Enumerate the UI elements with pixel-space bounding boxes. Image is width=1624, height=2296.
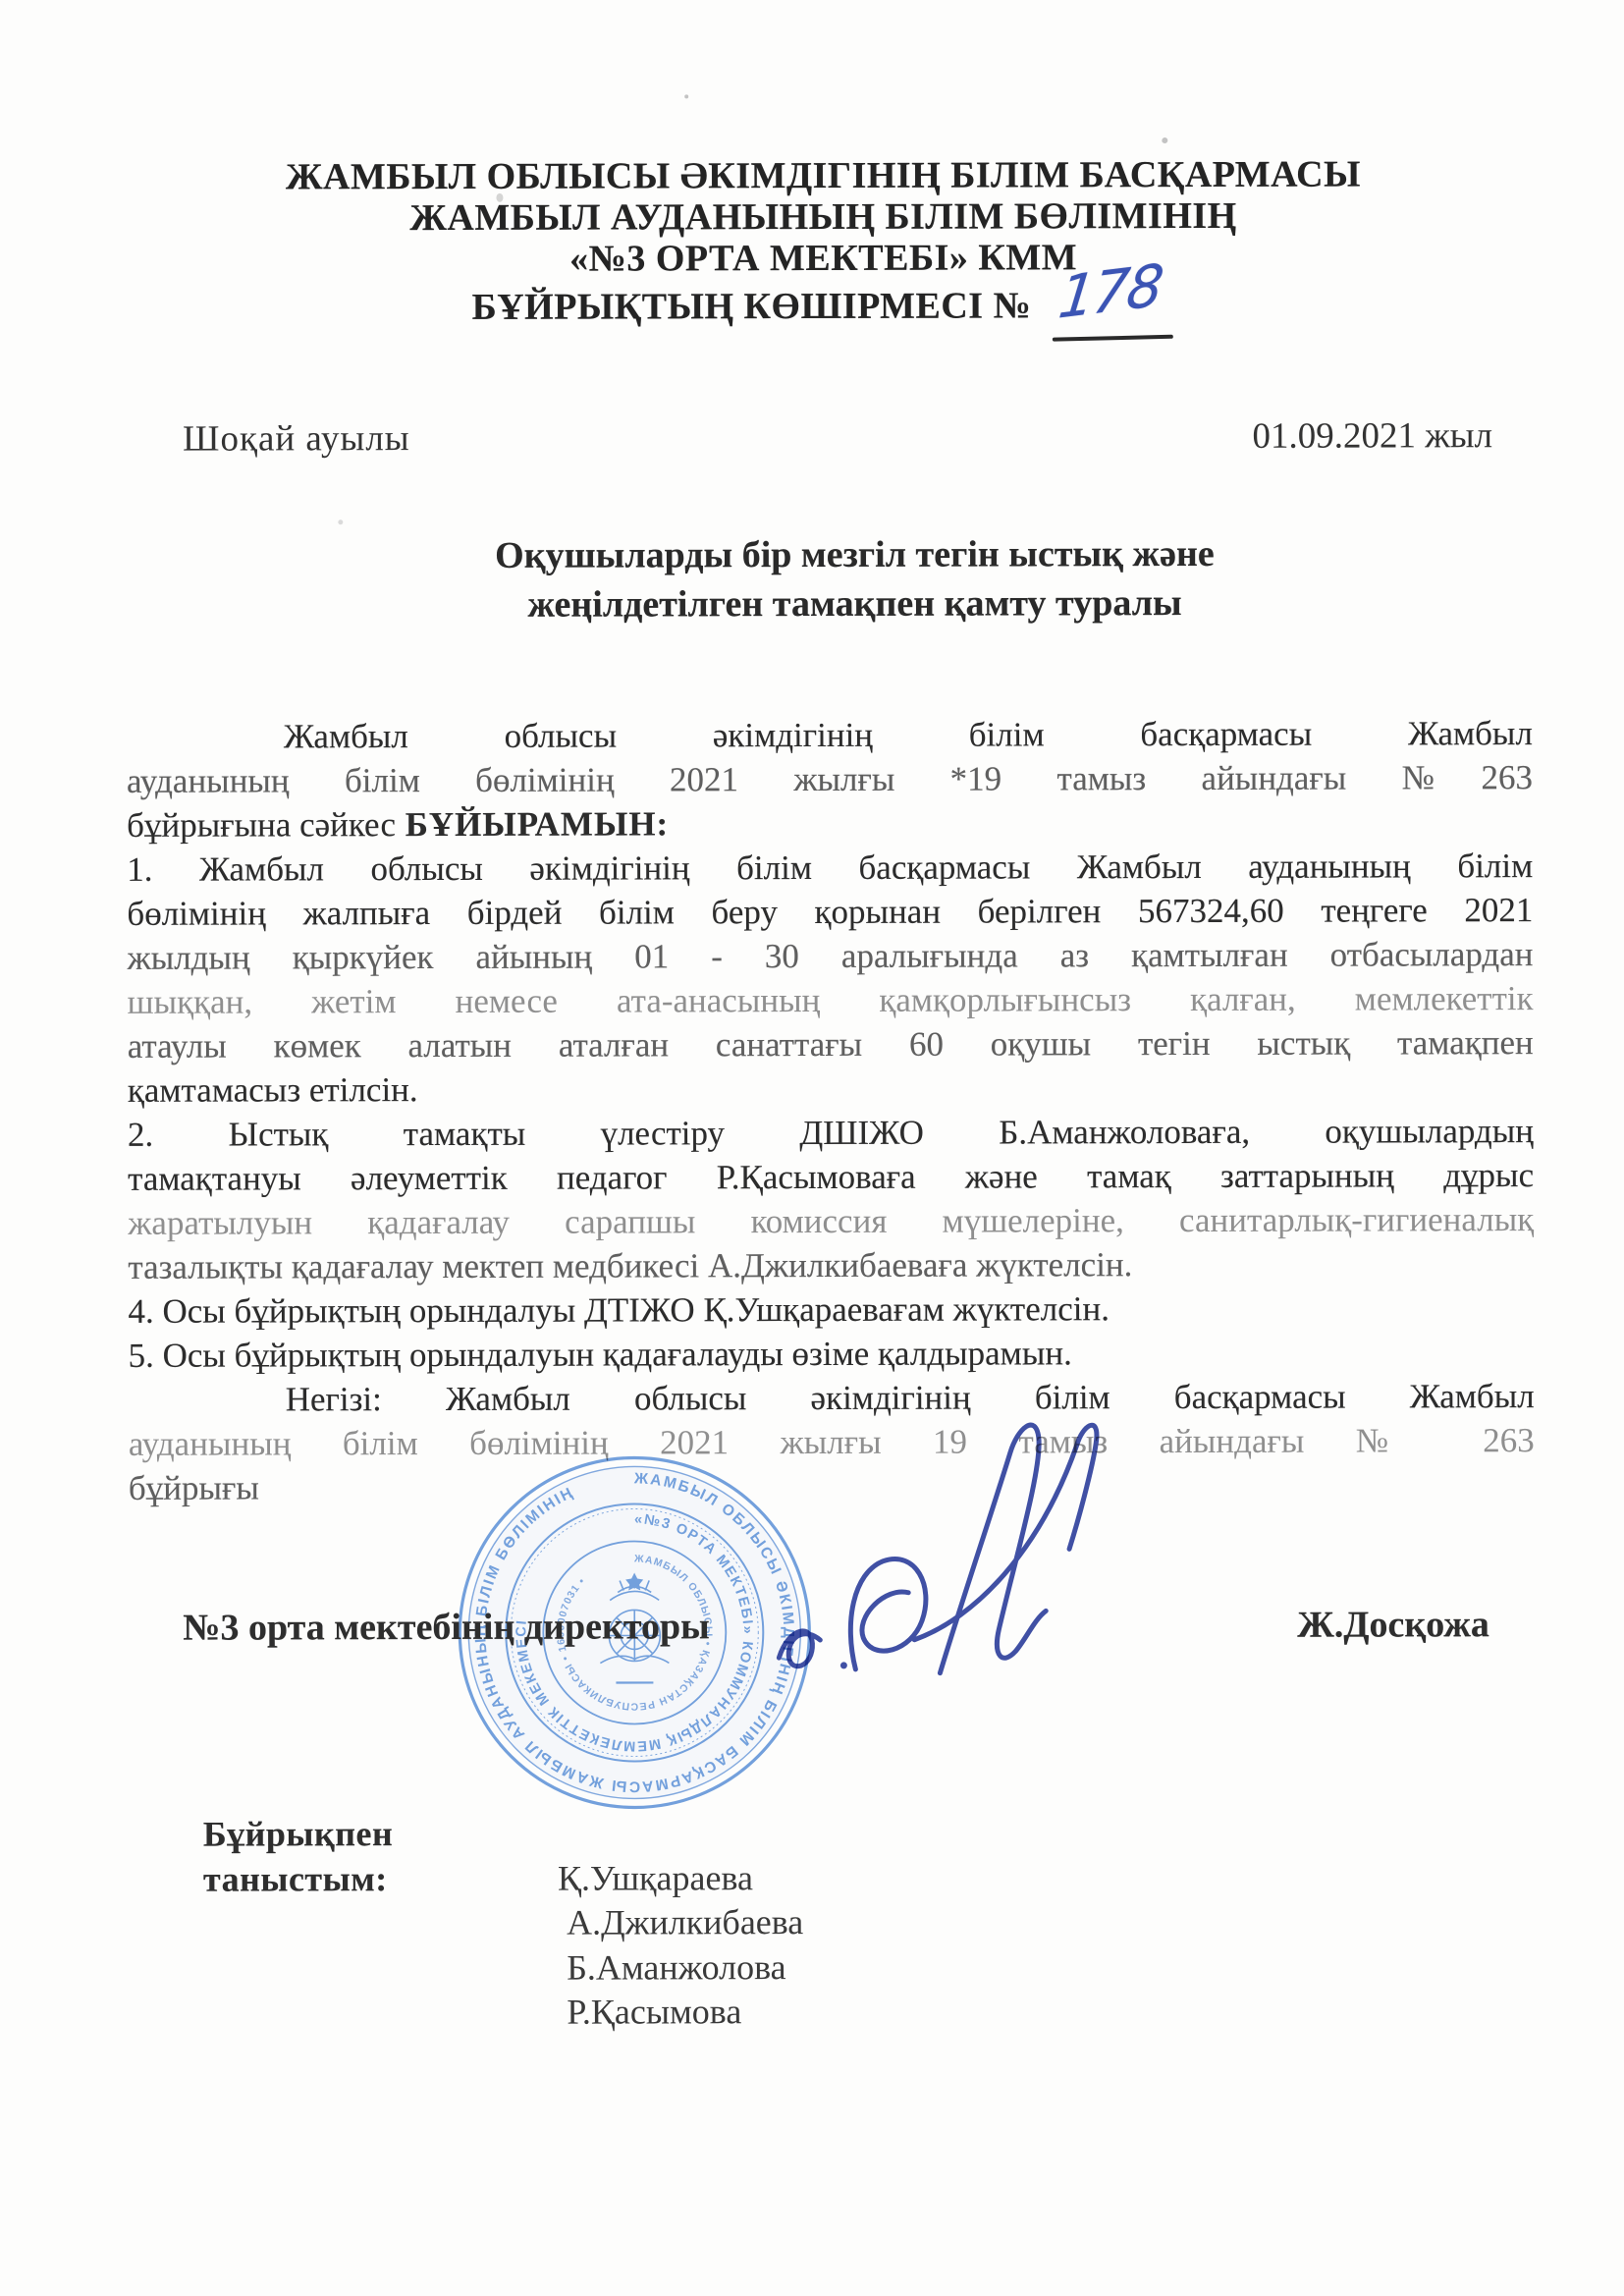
order-title-line-2: жеңілдетілген тамақпен қамту туралы	[86, 577, 1622, 630]
scanned-order-document: ЖАМБЫЛ ОБЛЫСЫ ӘКІМДІГІНІҢ БІЛІМ БАСҚАРМА…	[0, 0, 1624, 2296]
text-line: бұйрығына сәйкес БҰЙЫРАМЫН:	[127, 799, 1533, 847]
document-date: 01.09.2021 жыл	[1252, 414, 1492, 458]
acknowledged-name-2: А.Джилкибаева	[567, 1900, 803, 1945]
text-line: шыққан, жетім немесе ата-анасының қамқор…	[128, 976, 1534, 1024]
text-line: 4. Осы бұйрықтың орындалуы ДТІЖО Қ.Ушқар…	[128, 1285, 1534, 1334]
text-line: 1. Жамбыл облысы әкімдігінің білім басқа…	[127, 844, 1533, 892]
order-title: Оқушыларды бір мезгіл тегін ыстық және ж…	[86, 528, 1622, 630]
text-line: 2. Ыстық тамақты үлестіру ДШІЖО Б.Аманжо…	[128, 1109, 1534, 1157]
order-body: Жамбыл облысы әкімдігінің білім басқарма…	[127, 711, 1535, 1510]
scan-speck	[684, 94, 688, 98]
text-line: 5. Осы бұйрықтың орындалуын қадағалауды …	[128, 1330, 1534, 1378]
text-line: Жамбыл облысы әкімдігінің білім басқарма…	[127, 711, 1533, 759]
header-order-copy-line: БҰЙРЫҚТЫҢ КӨШІРМЕСІ № 178	[12, 277, 1624, 329]
scan-speck	[338, 519, 343, 524]
order-title-line-1: Оқушыларды бір мезгіл тегін ыстық және	[86, 528, 1622, 581]
director-name: Ж.Досқожа	[1297, 1603, 1489, 1647]
order-copy-label: БҰЙРЫҚТЫҢ КӨШІРМЕСІ №	[471, 285, 1031, 327]
order-item-2: 2. Ыстық тамақты үлестіру ДШІЖО Б.Аманжо…	[128, 1109, 1534, 1289]
text-line: жаратылуын қадағалау сарапшы комиссия мү…	[128, 1197, 1534, 1245]
acknowledgment-row: Б.Аманжолова	[203, 1945, 803, 1992]
acknowledgment-row: Бұйрықпен таныстым: Қ.Ушқараева	[203, 1811, 803, 1902]
acknowledgment-label: Бұйрықпен таныстым:	[203, 1812, 549, 1902]
text-line: ауданының білім бөлімінің 2021 жылғы *19…	[127, 755, 1533, 803]
order-item-4: 4. Осы бұйрықтың орындалуы ДТІЖО Қ.Ушқар…	[128, 1285, 1534, 1334]
acknowledgment-row: Р.Қасымова	[203, 1990, 803, 2036]
order-number-wrap: 178	[1041, 278, 1175, 326]
order-intro-paragraph: Жамбыл облысы әкімдігінің білім басқарма…	[127, 711, 1533, 847]
place-date-row: Шоқай ауылы 01.09.2021 жыл	[183, 414, 1492, 460]
header-org-line-2: ЖАМБЫЛ АУДАНЫНЫҢ БІЛІМ БӨЛІМІНІҢ	[11, 194, 1624, 240]
order-number-underline	[1053, 335, 1173, 342]
acknowledged-name-4: Р.Қасымова	[567, 1990, 741, 2035]
acknowledged-name-1: Қ.Ушқараева	[558, 1856, 753, 1901]
document-header: ЖАМБЫЛ ОБЛЫСЫ ӘКІМДІГІНІҢ БІЛІМ БАСҚАРМА…	[11, 153, 1624, 329]
text-line: атаулы көмек алатын аталған санаттағы 60…	[128, 1020, 1534, 1068]
acknowledged-name-3: Б.Аманжолова	[567, 1945, 786, 1991]
order-item-1: 1. Жамбыл облысы әкімдігінің білім басқа…	[127, 844, 1534, 1113]
text-line: жылдың қыркүйек айының 01 - 30 аралығынд…	[127, 932, 1533, 980]
place-name: Шоқай ауылы	[183, 417, 410, 461]
header-org-line-1: ЖАМБЫЛ ОБЛЫСЫ ӘКІМДІГІНІҢ БІЛІМ БАСҚАРМА…	[11, 153, 1624, 198]
director-position-label: №3 орта мектебінің директоры	[183, 1605, 710, 1649]
scan-speck	[496, 193, 503, 202]
director-signature-row: №3 орта мектебінің директоры Ж.Досқожа	[1, 1603, 1624, 1656]
text-line: қамтамасыз етілсін.	[128, 1065, 1534, 1113]
acknowledgment-block: Бұйрықпен таныстым: Қ.Ушқараева А.Джилки…	[203, 1811, 804, 2036]
scan-speck	[1162, 137, 1167, 143]
document-content: ЖАМБЫЛ ОБЛЫСЫ ӘКІМДІГІНІҢ БІЛІМ БАСҚАРМА…	[0, 0, 1624, 2296]
text-line: тамақтануы әлеуметтік педагог Р.Қасымова…	[128, 1153, 1534, 1201]
acknowledgment-row: А.Джилкибаева	[203, 1900, 803, 1946]
header-org-line-3: «№3 ОРТА МЕКТЕБІ» КММ	[12, 236, 1624, 281]
order-item-5: 5. Осы бұйрықтың орындалуын қадағалауды …	[128, 1330, 1534, 1378]
text-line: бөлімінің жалпыға бірдей білім беру қоры…	[127, 888, 1533, 936]
text-line: тазалықты қадағалау мектеп медбикесі А.Д…	[128, 1241, 1534, 1289]
